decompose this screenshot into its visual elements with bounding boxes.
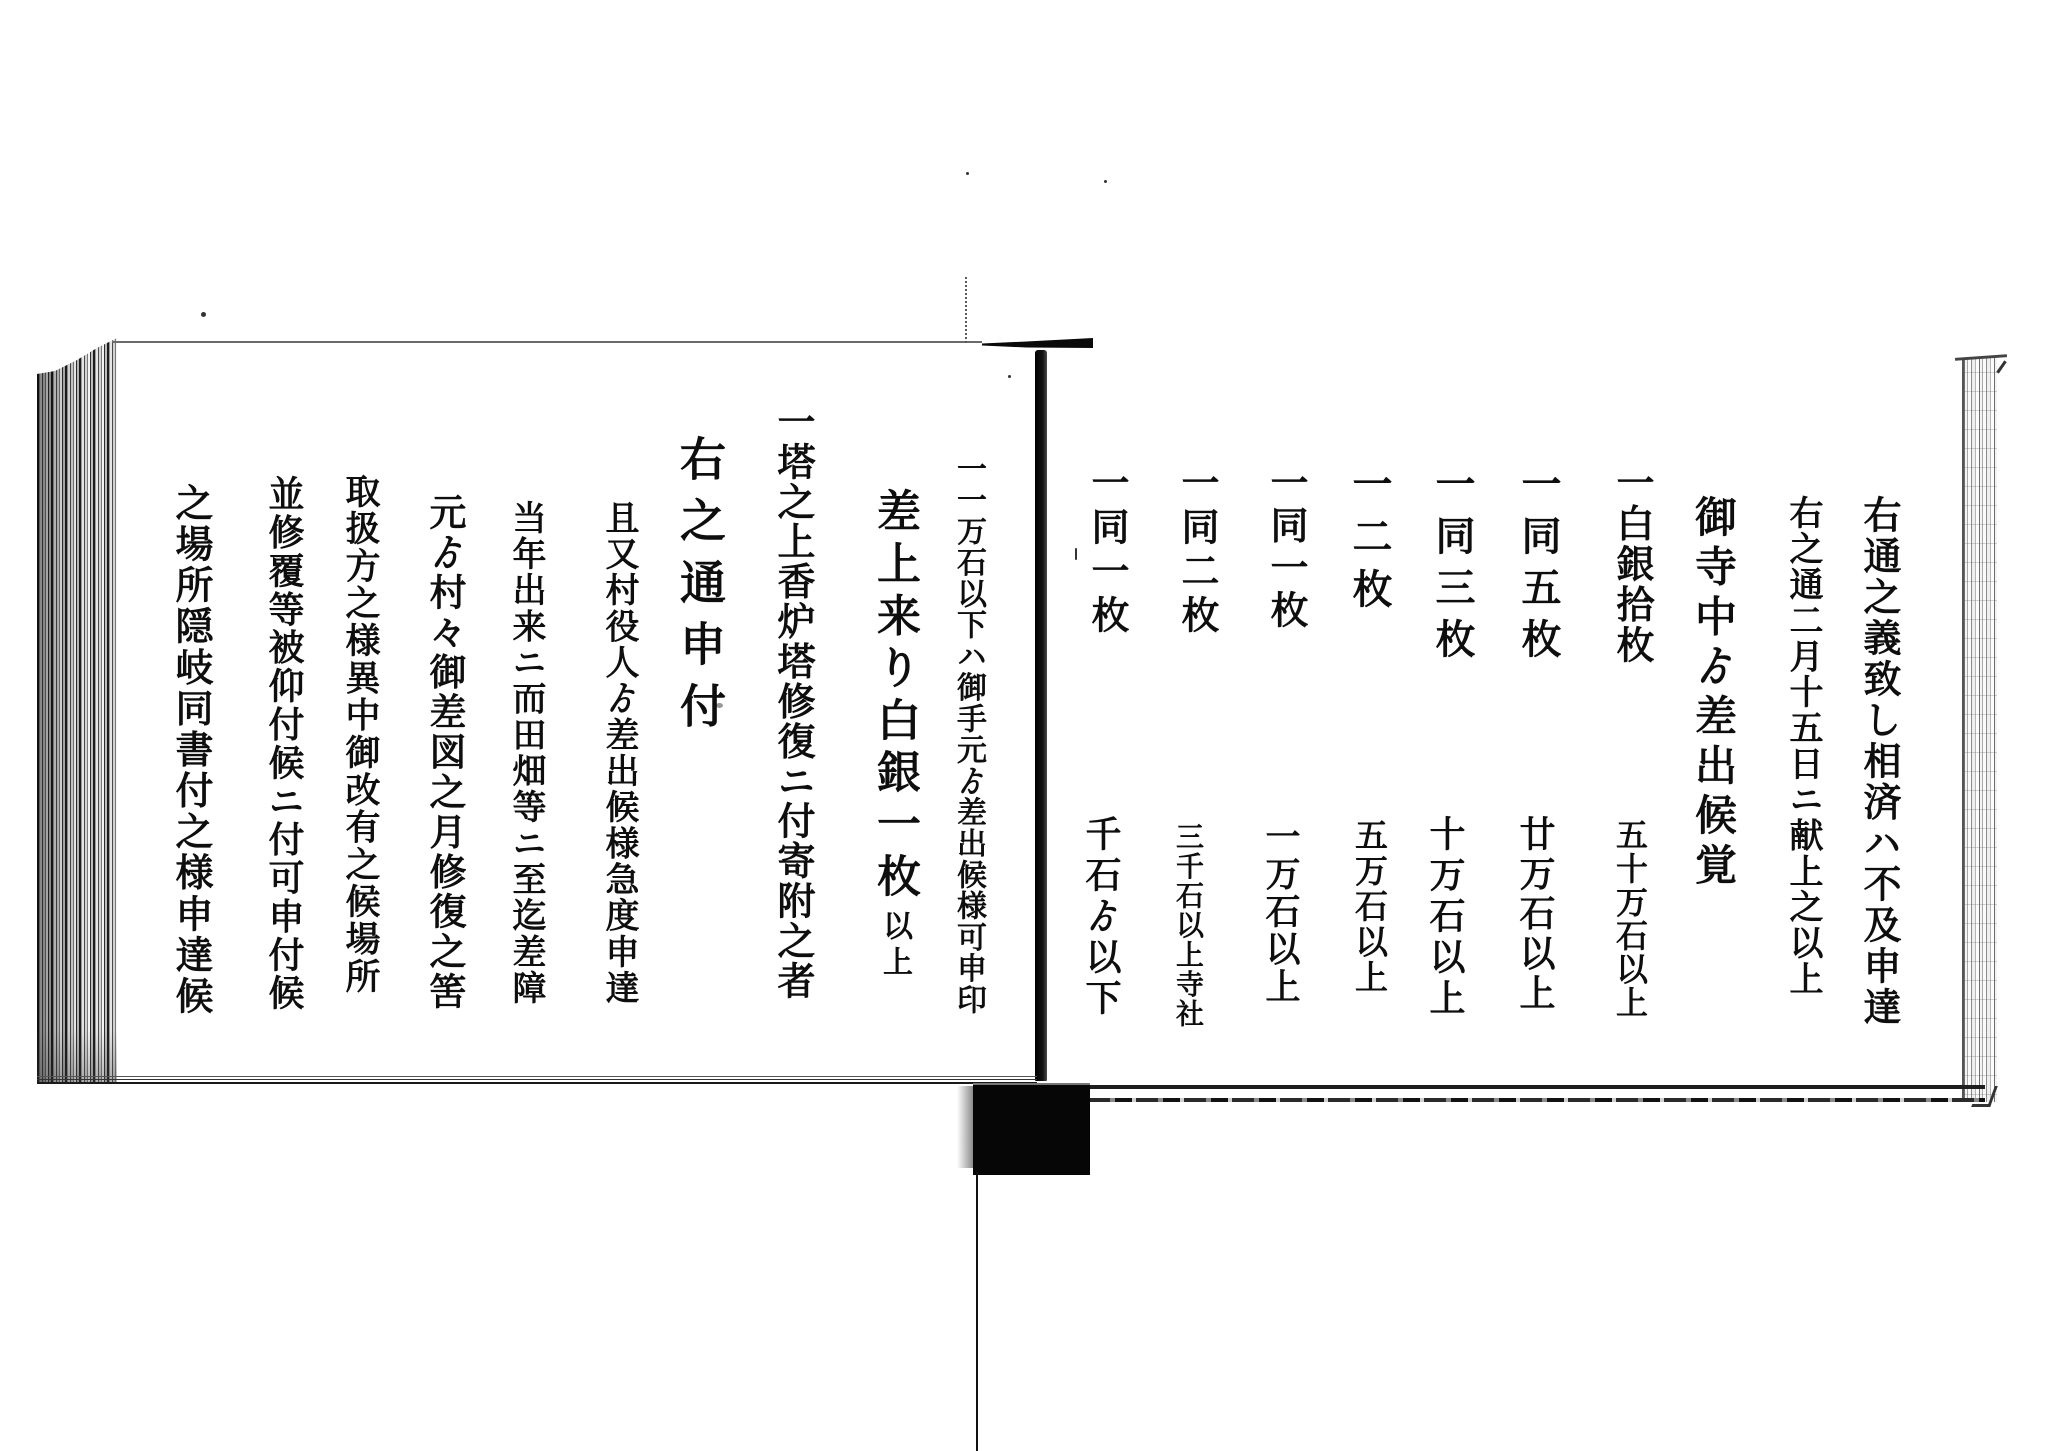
scan-shadow-hatch <box>957 1086 973 1168</box>
left-page-line-3: 一塔之上香炉塔修復ニ付寄附之者 <box>769 402 817 999</box>
left-page-top-edge <box>112 341 982 343</box>
left-page-edge-stack <box>37 338 117 1084</box>
left-page-bottom-edge <box>37 1072 1037 1086</box>
item-bullet: 一 <box>1429 463 1476 515</box>
binding-gutter <box>1035 350 1047 1081</box>
item-2-amount-line: 一同五枚 <box>1514 463 1562 658</box>
left-page-line-8: 取扱方之様異中御改有之候場所 <box>337 473 383 993</box>
item-bullet: 一 <box>1085 463 1130 507</box>
right-page-edge-stack <box>1962 358 1997 1102</box>
right-page-line-3-heading: 御寺中ゟ差出候覚 <box>1688 495 1738 885</box>
item-amount: 同五枚 <box>1515 515 1562 658</box>
ink-speck <box>201 312 206 317</box>
item-7-amount-line: 一同一枚 <box>1084 463 1130 633</box>
item-bullet: 一 <box>1610 463 1655 504</box>
item-amount: 二枚 <box>1346 516 1393 609</box>
left-page-line-5: 且又村役人ゟ差出候様急度申達 <box>596 500 642 1004</box>
line-bullet: 一 <box>771 402 816 442</box>
left-page-line-4: 右之通申付 <box>674 435 726 728</box>
item-5-condition: 一万石以上 <box>1258 818 1302 1003</box>
right-page-top-edge <box>982 338 1093 348</box>
item-6-condition: 三千石以上寺社 <box>1168 822 1208 1027</box>
item-amount: 白銀拾枚 <box>1610 504 1655 664</box>
right-page-line-2: 右之通二月十五日ニ献上之以上 <box>1781 495 1825 995</box>
item-4-condition: 五万石以上 <box>1347 818 1391 993</box>
left-page-line-1: 一一万石以下ハ御手元ゟ差出候様可申印 <box>946 453 990 1014</box>
scan-black-block <box>973 1083 1090 1175</box>
left-page-line-6: 当年出来ニ而田畑等ニ至迄差障 <box>503 500 549 1004</box>
right-page-line-1: 右通之義致し相済ハ不及申達 <box>1856 495 1902 1025</box>
item-amount: 同一枚 <box>1264 505 1309 628</box>
item-bullet: 一 <box>1264 463 1309 505</box>
item-2-condition: 廿万石以上 <box>1513 815 1557 1010</box>
right-page-corner-mark <box>1996 360 2006 373</box>
ink-speck <box>1104 180 1107 183</box>
left-page-line-2: 差上来り白銀一枚 <box>868 488 920 897</box>
line-text: 一万石以下ハ御手元ゟ差出候様可申印 <box>951 484 986 1014</box>
item-1-condition: 五十万石以上 <box>1608 818 1652 1018</box>
ink-speck <box>1008 375 1011 378</box>
item-3-condition: 十万石以上 <box>1423 815 1467 1015</box>
item-4-amount-line: 一二枚 <box>1345 463 1393 608</box>
right-page-bottom-edge <box>1040 1085 1985 1089</box>
item-5-amount-line: 一同一枚 <box>1263 463 1309 628</box>
item-6-amount-line: 一同二枚 <box>1174 463 1220 633</box>
left-page-line-7: 元ゟ村々御差図之月修復之筈 <box>421 493 469 1009</box>
right-page-bottom-edge-lower <box>1040 1098 1985 1102</box>
scan-vertical-line <box>976 1172 978 1451</box>
line-bullet: 一 <box>951 453 986 484</box>
ink-speck <box>1075 548 1077 560</box>
ink-speck <box>966 172 969 175</box>
item-amount: 同一枚 <box>1085 507 1130 633</box>
item-7-condition: 千石ゟ以下 <box>1079 815 1123 1015</box>
item-bullet: 一 <box>1515 463 1562 515</box>
line-text: 塔之上香炉塔修復ニ付寄附之者 <box>771 442 816 999</box>
item-amount: 同二枚 <box>1175 507 1220 633</box>
left-page-line-10: 之場所隠岐同書付之様申達候 <box>167 483 215 1014</box>
item-bullet: 一 <box>1175 463 1220 507</box>
item-1-amount-line: 一白銀拾枚 <box>1609 463 1655 663</box>
left-page-line-2-suffix: 以上 <box>872 910 916 976</box>
left-page-line-9: 並修覆等被仰付候ニ付可申付候 <box>261 475 307 1010</box>
item-bullet: 一 <box>1346 463 1393 516</box>
item-amount: 同三枚 <box>1429 515 1476 658</box>
dotted-guide-line <box>965 277 967 343</box>
item-3-amount-line: 一同三枚 <box>1428 463 1476 658</box>
